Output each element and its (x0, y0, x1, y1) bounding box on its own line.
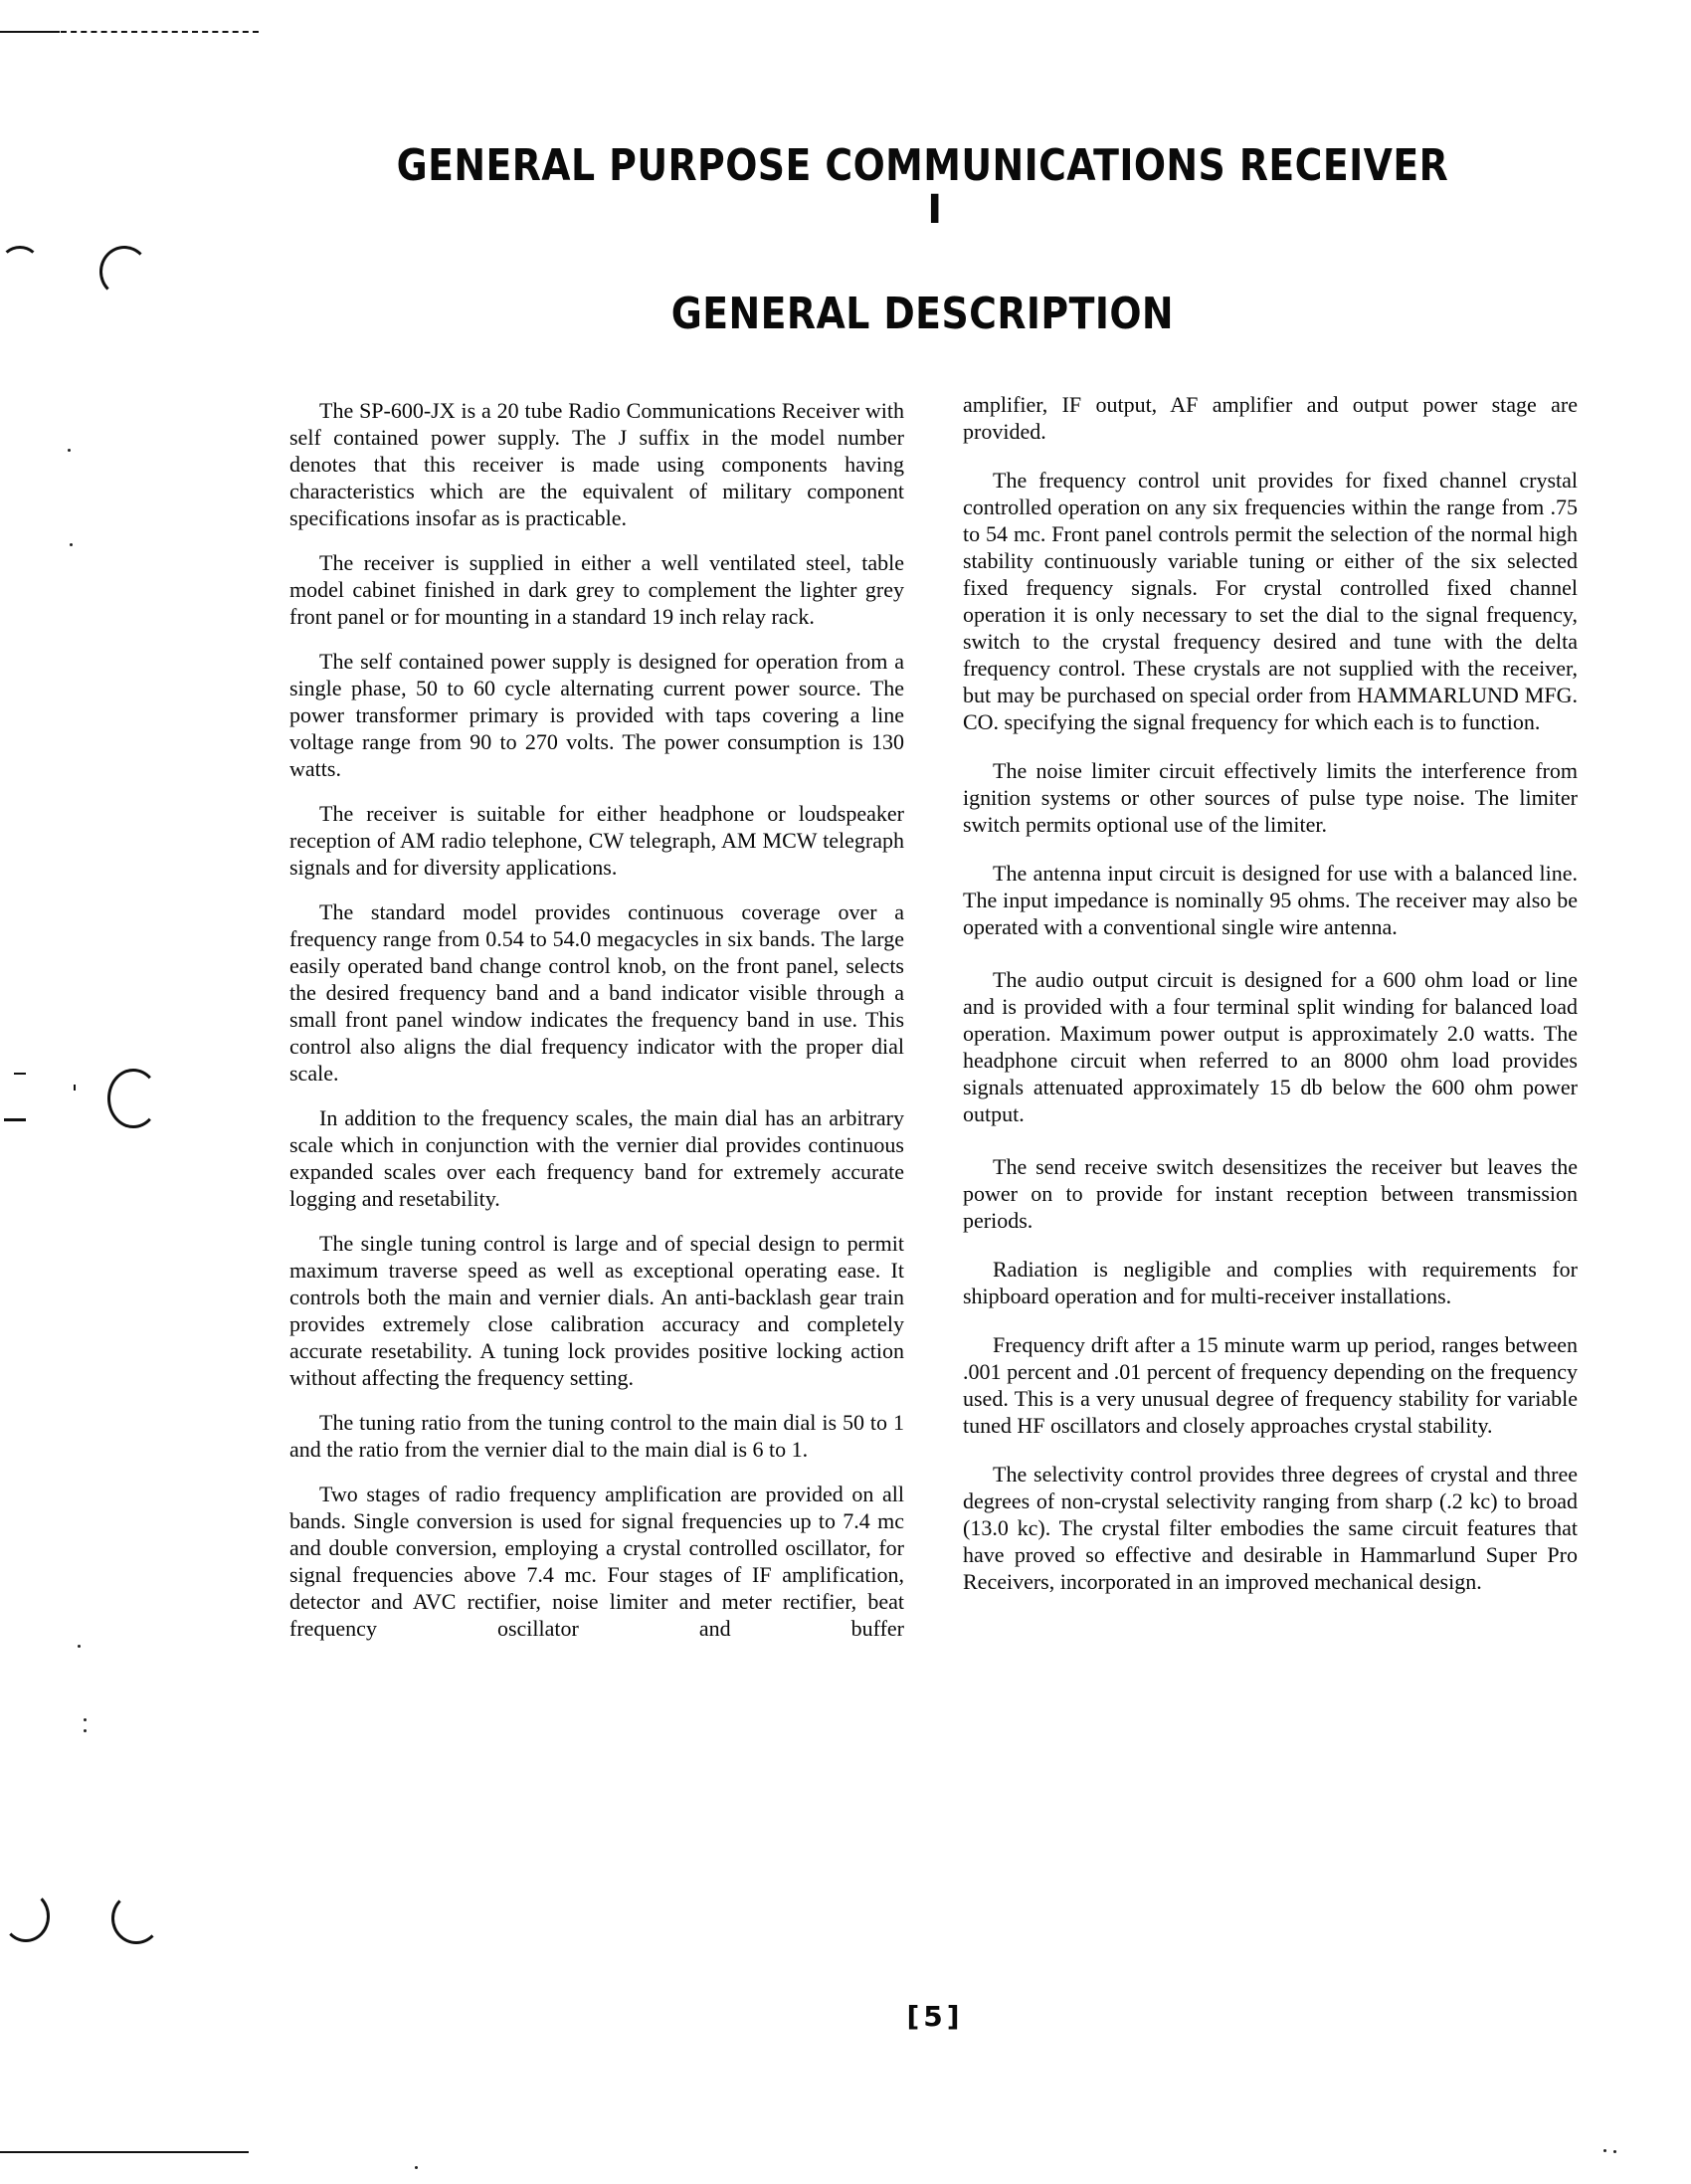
paragraph-cabinet: The receiver is supplied in either a wel… (289, 549, 904, 630)
scan-speck (4, 1118, 26, 1121)
document-title: GENERAL PURPOSE COMMUNICATIONS RECEIVER (118, 140, 1573, 191)
paragraph-amplification-stages: Two stages of radio frequency amplificat… (289, 1481, 904, 1642)
scan-edge-line-top (0, 31, 259, 33)
scan-speck (14, 1073, 26, 1075)
paragraph-antenna-input: The antenna input circuit is designed fo… (963, 860, 1578, 940)
section-number: I (0, 187, 1691, 233)
paragraph-dial-scales: In addition to the frequency scales, the… (289, 1104, 904, 1212)
paragraph-tuning-control: The single tuning control is large and o… (289, 1230, 904, 1391)
paragraph-selectivity: The selectivity control provides three d… (963, 1461, 1578, 1595)
binder-hole-mark (111, 1892, 161, 1944)
scan-speck (70, 543, 73, 546)
scan-speck (84, 1718, 87, 1721)
page-number: [5] (0, 2000, 1691, 2033)
binder-hole-mark (107, 1069, 159, 1128)
paragraph-audio-output: The audio output circuit is designed for… (963, 966, 1578, 1127)
paragraph-reception-modes: The receiver is suitable for either head… (289, 800, 904, 881)
scan-speck (74, 1085, 76, 1091)
paragraph-frequency-control-unit: The frequency control unit provides for … (963, 467, 1578, 735)
paragraph-frequency-coverage: The standard model provides continuous c… (289, 898, 904, 1087)
paragraph-tuning-ratio: The tuning ratio from the tuning control… (289, 1409, 904, 1463)
scan-speck (1613, 2150, 1616, 2153)
right-column: amplifier, IF output, AF amplifier and o… (963, 391, 1578, 1595)
paragraph-noise-limiter: The noise limiter circuit effectively li… (963, 757, 1578, 838)
paragraph-radiation: Radiation is negligible and complies wit… (963, 1256, 1578, 1309)
scan-speck (415, 2166, 418, 2169)
paragraph-send-receive-switch: The send receive switch desensitizes the… (963, 1153, 1578, 1234)
left-column: The SP-600-JX is a 20 tube Radio Communi… (289, 397, 904, 1642)
binder-hole-mark (2, 1890, 50, 1942)
scan-edge-line-bottom (0, 2151, 249, 2153)
binder-hole-mark (0, 246, 40, 282)
paragraph-amplification-continued: amplifier, IF output, AF amplifier and o… (963, 391, 1578, 445)
scan-speck (78, 1645, 81, 1648)
scan-speck (84, 1729, 87, 1732)
section-title: GENERAL DESCRIPTION (118, 289, 1573, 339)
paragraph-frequency-drift: Frequency drift after a 15 minute warm u… (963, 1331, 1578, 1439)
scanned-page: GENERAL PURPOSE COMMUNICATIONS RECEIVER … (0, 0, 1691, 2184)
scan-speck (1603, 2149, 1606, 2152)
scan-speck (68, 449, 71, 452)
paragraph-power-supply: The self contained power supply is desig… (289, 648, 904, 782)
paragraph-model-overview: The SP-600-JX is a 20 tube Radio Communi… (289, 397, 904, 531)
